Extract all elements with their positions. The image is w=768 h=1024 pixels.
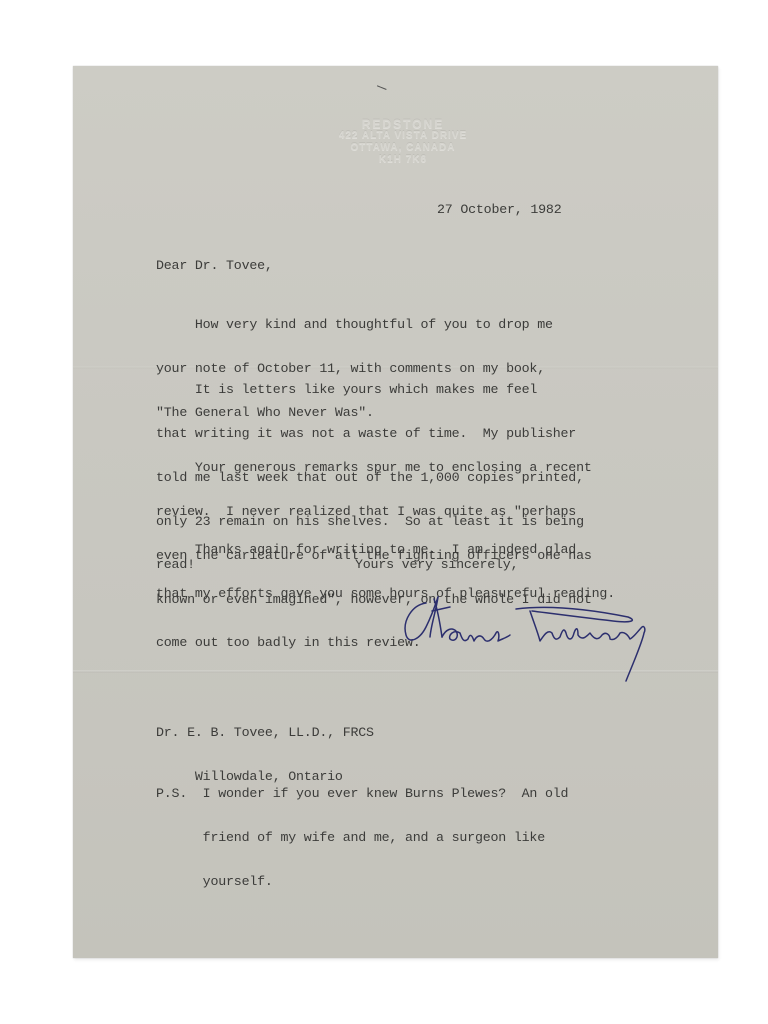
paragraph-line: It is letters like yours which makes me … [156,383,584,398]
postscript: P.S. I wonder if you ever knew Burns Ple… [156,758,568,919]
ink-mark [375,85,386,93]
letterhead-address-2: OTTAWA, CANADA [303,142,503,154]
closing: Yours very sincerely, [355,558,518,573]
postscript-line: P.S. I wonder if you ever knew Burns Ple… [156,787,568,802]
paragraph-line: Thanks again for writing to me. I am ind… [156,543,615,558]
postscript-line: friend of my wife and me, and a surgeon … [156,831,568,846]
recipient-name: Dr. E. B. Tovee, LL.D., FRCS [156,726,374,741]
paragraph-line: Your generous remarks spur me to enclosi… [156,461,592,476]
letterhead-address-1: 422 ALTA VISTA DRIVE [303,130,503,142]
embossed-letterhead: REDSTONE 422 ALTA VISTA DRIVE OTTAWA, CA… [303,118,503,166]
paragraph-line: How very kind and thoughtful of you to d… [156,318,553,333]
letter-sheet: REDSTONE 422 ALTA VISTA DRIVE OTTAWA, CA… [73,66,718,958]
letterhead-postal-code: K1H 7K6 [303,154,503,166]
postscript-line: yourself. [156,875,568,890]
letterhead-name: REDSTONE [303,118,503,130]
handwritten-signature [398,593,670,693]
letter-date: 27 October, 1982 [437,203,561,218]
salutation: Dear Dr. Tovee, [156,259,273,274]
